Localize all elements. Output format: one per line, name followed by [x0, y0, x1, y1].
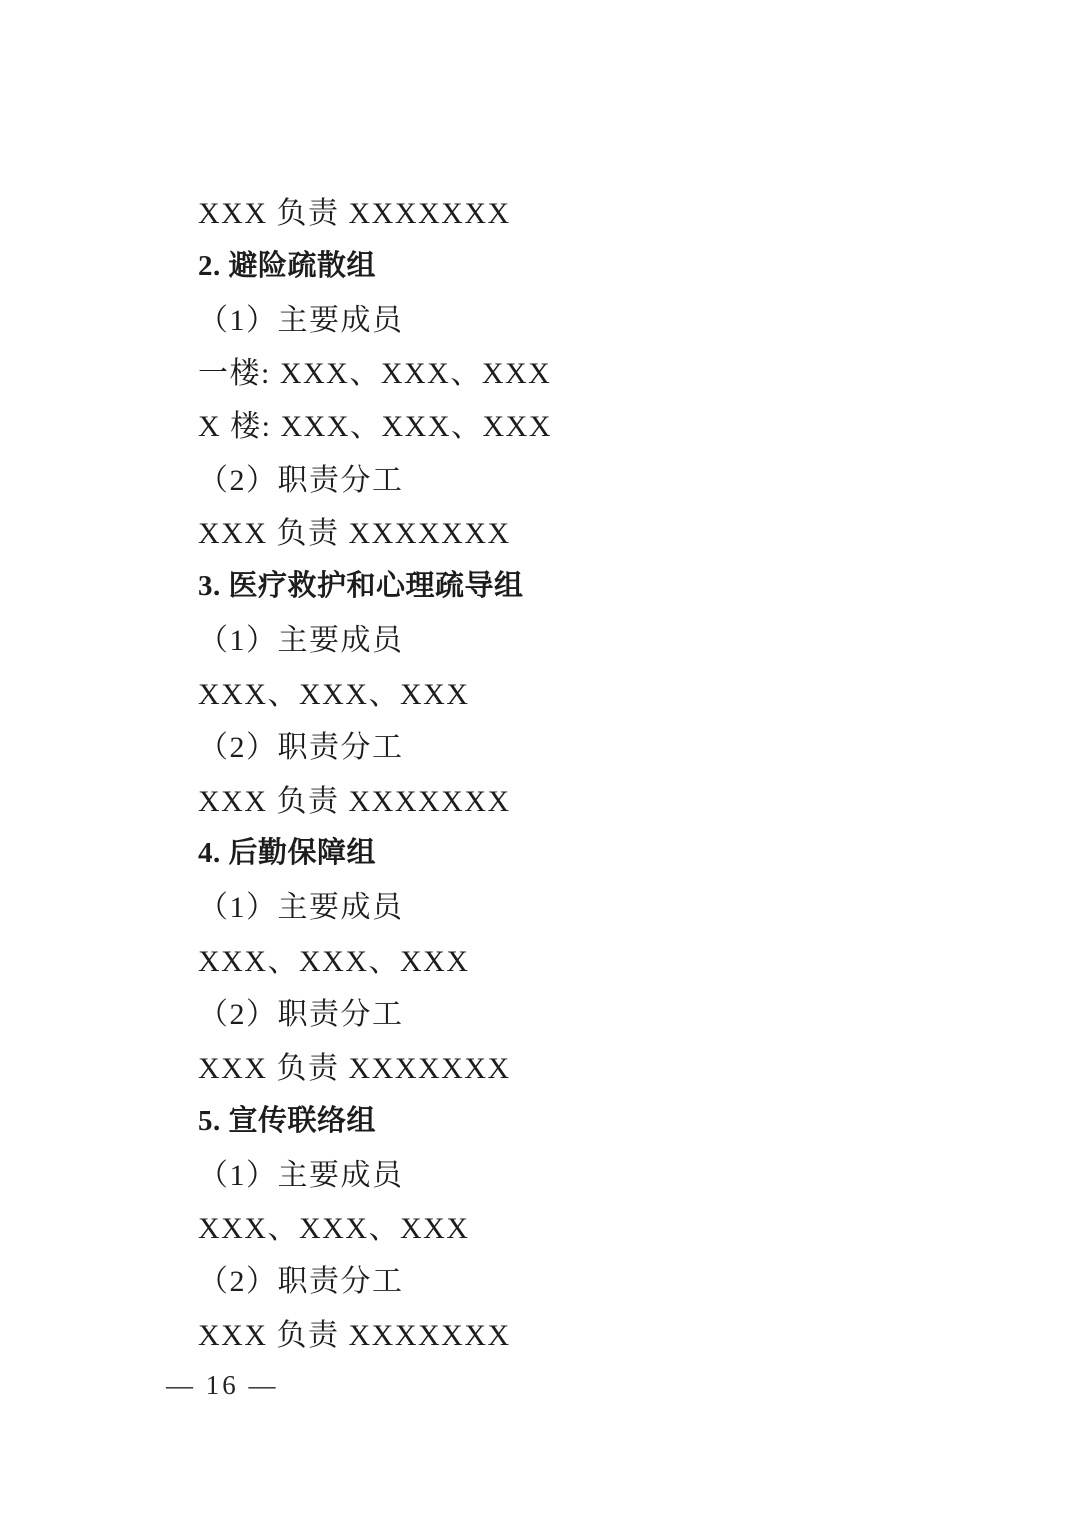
- text-line: （1）主要成员: [198, 1145, 552, 1198]
- document-body: XXX 负责 XXXXXXX2. 避险疏散组（1）主要成员一楼: XXX、XXX…: [198, 183, 552, 1359]
- text-line: XXX 负责 XXXXXXX: [198, 1038, 552, 1091]
- document-page: XXX 负责 XXXXXXX2. 避险疏散组（1）主要成员一楼: XXX、XXX…: [0, 0, 1080, 1527]
- text-line: XXX 负责 XXXXXXX: [198, 771, 552, 824]
- text-line: （1）主要成员: [198, 611, 552, 664]
- text-line: （1）主要成员: [198, 290, 552, 343]
- section-heading: 4. 后勤保障组: [198, 824, 552, 877]
- section-heading: 3. 医疗救护和心理疏导组: [198, 557, 552, 610]
- text-line: （2）职责分工: [198, 1252, 552, 1305]
- text-line: （2）职责分工: [198, 717, 552, 770]
- section-heading: 5. 宣传联络组: [198, 1091, 552, 1144]
- text-line: XXX 负责 XXXXXXX: [198, 504, 552, 557]
- text-line: XXX、XXX、XXX: [198, 1198, 552, 1251]
- text-line: XXX、XXX、XXX: [198, 664, 552, 717]
- text-line: （2）职责分工: [198, 450, 552, 503]
- text-line: XXX、XXX、XXX: [198, 931, 552, 984]
- text-line: 一楼: XXX、XXX、XXX: [198, 343, 552, 396]
- text-line: X 楼: XXX、XXX、XXX: [198, 397, 552, 450]
- page-number: — 16 —: [166, 1370, 279, 1401]
- text-line: （1）主要成员: [198, 878, 552, 931]
- text-line: （2）职责分工: [198, 985, 552, 1038]
- text-line: XXX 负责 XXXXXXX: [198, 183, 552, 236]
- text-line: XXX 负责 XXXXXXX: [198, 1305, 552, 1358]
- section-heading: 2. 避险疏散组: [198, 236, 552, 289]
